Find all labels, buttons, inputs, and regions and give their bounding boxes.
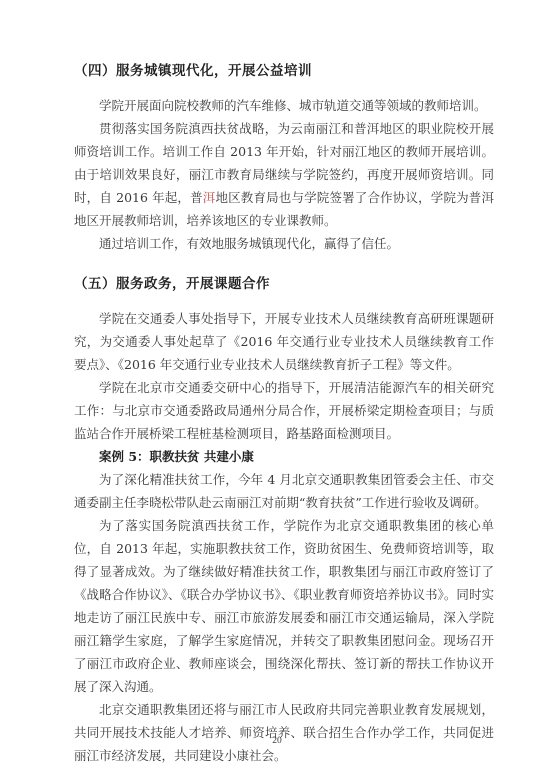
document-page: （四）服务城镇现代化，开展公益培训 学院开展面向院校教师的汽车维修、城市轨道交通… xyxy=(0,0,554,783)
document-content: （四）服务城镇现代化，开展公益培训 学院开展面向院校教师的汽车维修、城市轨道交通… xyxy=(0,0,554,767)
red-highlighted-character: 洱 xyxy=(203,190,216,205)
section-4-paragraph-1: 学院开展面向院校教师的汽车维修、城市轨道交通等领域的教师培训。 xyxy=(74,94,494,117)
section-5-paragraph-3: 为了深化精准扶贫工作，今年 4 月北京交通职教集团管委会主任、市交通委副主任李晓… xyxy=(74,468,494,514)
case-study-heading: 案例 5：职教扶贫 共建小康 xyxy=(74,445,494,468)
section-5-paragraph-2: 学院在北京市交通委交研中心的指导下，开展清洁能源汽车的相关研究工作：与北京市交通… xyxy=(74,376,494,445)
page-number: 20 xyxy=(0,736,554,746)
section-4-heading: （四）服务城镇现代化，开展公益培训 xyxy=(74,62,494,80)
section-4-paragraph-2: 贯彻落实国务院滇西扶贫战略，为云南丽江和普洱地区的职业院校开展师资培训工作。培训… xyxy=(74,117,494,232)
section-5-paragraph-4: 为了落实国务院滇西扶贫工作，学院作为北京交通职教集团的核心单位，自 2013 年… xyxy=(74,514,494,698)
section-5-heading: （五）服务政务，开展课题合作 xyxy=(74,275,494,293)
section-4-paragraph-3: 通过培训工作，有效地服务城镇现代化，赢得了信任。 xyxy=(74,232,494,255)
section-5-paragraph-5: 北京交通职教集团还将与丽江市人民政府共同完善职业教育发展规划，共同开展技术技能人… xyxy=(74,698,494,767)
section-5-paragraph-1: 学院在交通委人事处指导下，开展专业技术人员继续教育高研班课题研究，为交通委人事处… xyxy=(74,307,494,376)
